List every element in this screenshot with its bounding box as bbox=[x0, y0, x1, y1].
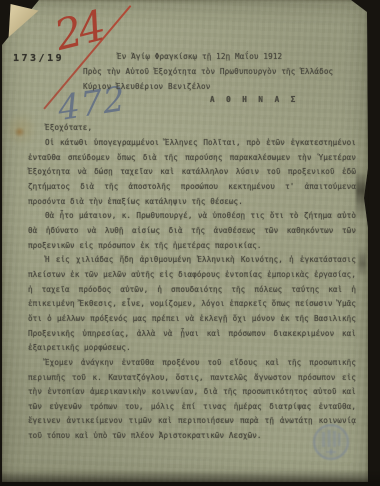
round-library-stamp-icon bbox=[310, 421, 352, 463]
letter-body: Οἱ κάτωθι ὑπογεγραμμένοι Ἕλληνες Πολῖται… bbox=[28, 136, 356, 444]
city-line: Α Θ Η Ν Α Σ bbox=[210, 95, 299, 104]
stain bbox=[14, 127, 25, 137]
letter-paragraph-3: Ἡ εἰς χιλιάδας ἤδη ἀριθμουμένη Ἑλληνικὴ … bbox=[28, 253, 356, 356]
edge-tear-smudge bbox=[356, 170, 366, 220]
place-date-line: Ἐν Ἁγίῳ Φραγκίσκῳ τῇ 12ῃ Μαΐου 1912 bbox=[117, 52, 282, 61]
recipient-line-1: Πρὸς τὴν Αὐτοῦ Ἐξοχότητα τὸν Πρωθυπουργὸ… bbox=[83, 67, 333, 76]
salutation: Ἐξοχότατε, bbox=[45, 123, 92, 132]
edge-tear-smudge bbox=[359, 248, 366, 278]
archive-number-stamp: 173/19 bbox=[13, 53, 64, 64]
letter-paragraph-4: Ἔχομεν ἀνάγκην ἐνταῦθα προξένου τοῦ εἴδο… bbox=[28, 356, 356, 444]
letter-paragraph-1: Οἱ κάτωθι ὑπογεγραμμένοι Ἕλληνες Πολῖται… bbox=[28, 136, 356, 209]
scanned-letter: 173/19 24 472 Ἐν Ἁγίῳ Φραγκίσκῳ τῇ 12ῃ Μ… bbox=[0, 0, 380, 486]
recipient-line-2: Κύριον Ἐλευθέριον Βενιζέλον bbox=[83, 82, 211, 91]
letter-paragraph-2: Θὰ ἦτο μάταιον, κ. Πρωθυπουργέ, νὰ ὑποθέ… bbox=[28, 209, 356, 253]
